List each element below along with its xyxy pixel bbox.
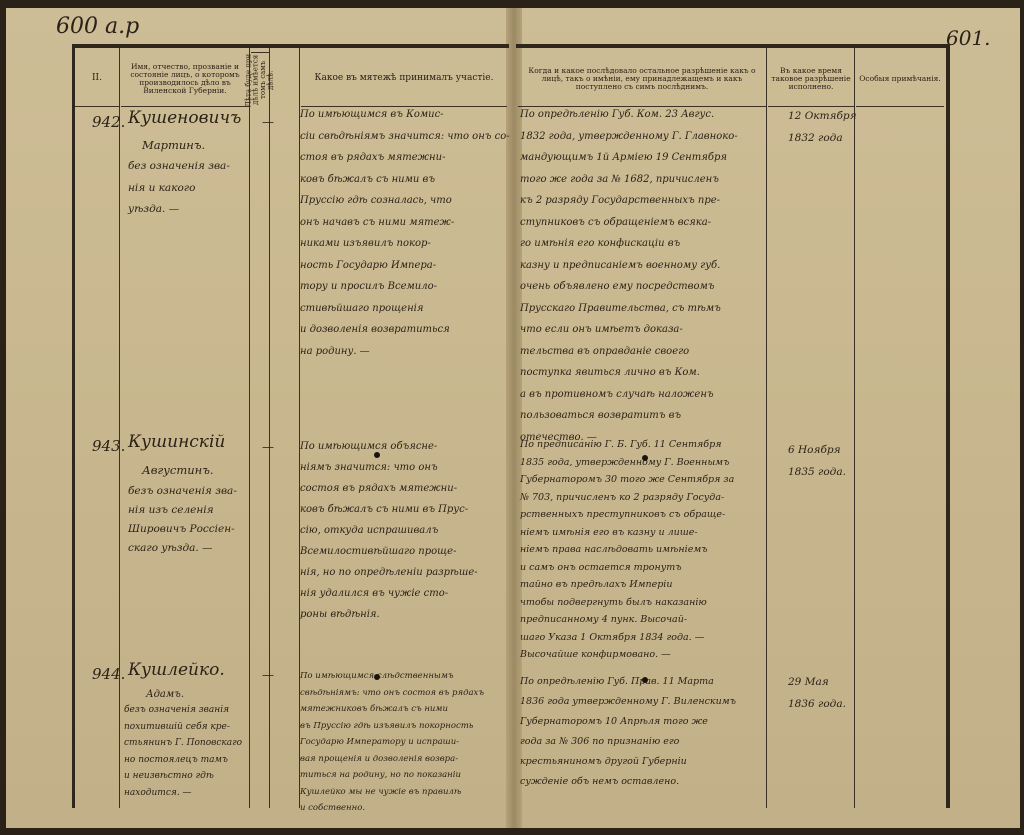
- header-resolution: Когда и какое послѣдовало остальное разр…: [518, 52, 766, 107]
- entry-resolution: По опредѣленію Губ. Ком. 23 Авгус. 1832 …: [520, 104, 770, 448]
- binding-hole: [374, 674, 380, 680]
- header-participation: Какое въ мятежѣ принималъ участіе.: [301, 52, 507, 107]
- entry-number: 944.: [92, 664, 125, 686]
- header-number: II.: [75, 52, 119, 107]
- entry-surname: Кушеновичъ: [128, 108, 241, 130]
- entry-surname: Кушлейко.: [128, 660, 225, 682]
- entry-years: —: [262, 440, 274, 454]
- entry-details: безъ означенія званія похитившій себя кр…: [124, 702, 242, 801]
- column-years: [249, 48, 270, 808]
- entry-participation: По имѣющимся объясне- ніямъ значится: чт…: [300, 436, 510, 625]
- binding-hole: [374, 452, 380, 458]
- entry-executed: 6 Ноября 1835 года.: [788, 440, 846, 483]
- entry-number: 942.: [92, 112, 125, 134]
- entry-participation: По имѣющимся слѣдственнымъ свѣдѣніямъ: ч…: [300, 668, 510, 817]
- entry-resolution: По предписанію Г. Б. Губ. 11 Сентября 18…: [520, 436, 770, 664]
- folio-right: 601.: [946, 26, 991, 50]
- entry-given-name: Мартинъ.: [142, 135, 205, 157]
- column-blank: [269, 48, 300, 808]
- entry-surname: Кушинскій: [128, 432, 225, 454]
- folio-left: 600 a.p: [56, 14, 139, 39]
- binding-hole: [642, 455, 648, 461]
- entry-participation: По имѣющимся въ Комис- сіи свѣдѣніямъ зн…: [300, 104, 510, 362]
- entry-years: —: [262, 668, 274, 682]
- entry-details: без означенія зва- нія и какого уѣзда. —: [128, 156, 230, 221]
- entry-executed: 29 Мая 1836 года.: [788, 672, 846, 715]
- entry-executed: 12 Октября 1832 года: [788, 106, 857, 149]
- entry-years: —: [262, 115, 274, 129]
- column-number: [75, 48, 120, 808]
- header-executed: Въ какое время таковое разрѣшеніе исполн…: [768, 52, 854, 107]
- header-name: Имя, отчество, прозваніе и состояніе лиц…: [121, 52, 249, 107]
- header-years: Лѣта буде при дѣлѣ имѣется томъ самъ дѣл…: [251, 52, 269, 107]
- entry-number: 943.: [92, 436, 125, 458]
- binding-hole: [642, 677, 648, 683]
- entry-resolution: По опредѣленію Губ. Прав. 11 Марта 1836 …: [520, 672, 770, 792]
- header-remarks: Особыя примѣчанія.: [856, 52, 944, 107]
- entry-given-name: Августинъ.: [142, 460, 214, 482]
- entry-details: безъ означенія зва- нія изъ селенія Широ…: [128, 482, 237, 558]
